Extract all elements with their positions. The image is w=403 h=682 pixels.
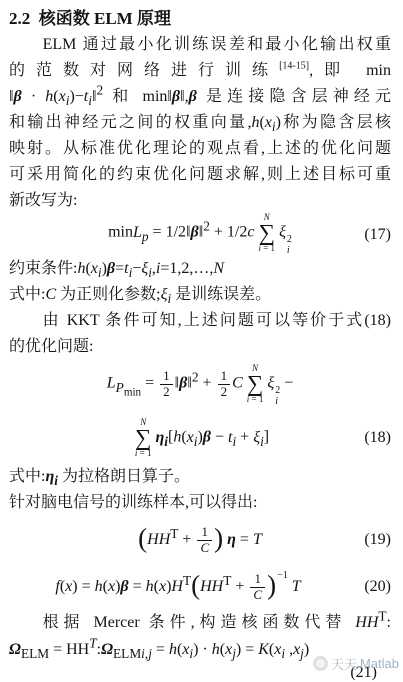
text-line: 的范数对网络进行训练[14-15],即 min <box>9 58 391 84</box>
watermark-label-en: Matlab <box>360 656 399 671</box>
text-line: 映射。从标准优化理论的观点看,上述的优化问题 <box>9 136 391 162</box>
equation-17-number: (17) <box>347 226 391 244</box>
section-heading: 2.2 核函数 ELM 原理 <box>9 6 391 32</box>
paper-page: 2.2 核函数 ELM 原理 ELM 通过最小化训练误差和最小化输出权重 的范数… <box>0 0 403 682</box>
equation-18-line1: LPmin = 12‖β‖2 + 12CN∑i = 1ξ2i − <box>9 360 391 412</box>
watermark-label-cn: 天天 <box>331 654 357 673</box>
text-line: 由 KKT 条件可知,上述问题可以等价于式(18) <box>9 308 391 334</box>
text-line: 和输出神经元之间的权重向量,h(xi)称为隐含层核 <box>9 110 391 136</box>
text-line: 新改写为: <box>9 188 391 214</box>
equation-19: (HHT + 1C) η = T (19) <box>9 516 391 564</box>
equation-19-formula: (HHT + 1C) η = T <box>53 525 347 556</box>
text-line: 的优化问题: <box>9 334 391 360</box>
text-line: 式中:ηi 为拉格朗日算子。 <box>9 464 391 490</box>
watermark: 天天Matlab <box>313 654 399 673</box>
text-line: 约束条件:h(xi)β=ti−ξi,i=1,2,…,N <box>9 256 391 282</box>
watermark-logo-icon <box>313 656 328 671</box>
text-line: ELM 通过最小化训练误差和最小化输出权重 <box>9 32 391 58</box>
equation-18-formula-line1: LPmin = 12‖β‖2 + 12CN∑i = 1ξ2i − <box>53 364 347 408</box>
equation-18-number: (18) <box>347 429 391 447</box>
equation-18-formula-line2: N∑i = 1ηi[h(xi)β − ti + ξi] <box>53 418 347 458</box>
equation-17-formula: minLp = 1/2‖β‖2 + 1/2cN∑i = 1ξ2i <box>53 213 347 257</box>
equation-20-number: (20) <box>347 578 391 596</box>
equation-20: f(x) = h(x)β = h(x)HT(HHT + 1C)−1 T (20) <box>9 564 391 610</box>
text-line: 针对脑电信号的训练样本,可以得出: <box>9 490 391 516</box>
text-line: ‖β · h(xi)−ti‖2 和 min‖β‖,β 是连接隐含层神经元 <box>9 84 391 110</box>
text-line: 可采用简化的约束优化问题求解,则上述目标可重 <box>9 162 391 188</box>
equation-17: minLp = 1/2‖β‖2 + 1/2cN∑i = 1ξ2i (17) <box>9 214 391 256</box>
text-line: 式中:C 为正则化参数;ξi 是训练误差。 <box>9 282 391 308</box>
equation-18-line2: N∑i = 1ηi[h(xi)β − ti + ξi] (18) <box>9 412 391 464</box>
equation-20-formula: f(x) = h(x)β = h(x)HT(HHT + 1C)−1 T <box>9 572 347 603</box>
equation-19-number: (19) <box>347 531 391 549</box>
text-line: 根据 Mercer 条件,构造核函数代替 HHT: <box>9 610 391 636</box>
